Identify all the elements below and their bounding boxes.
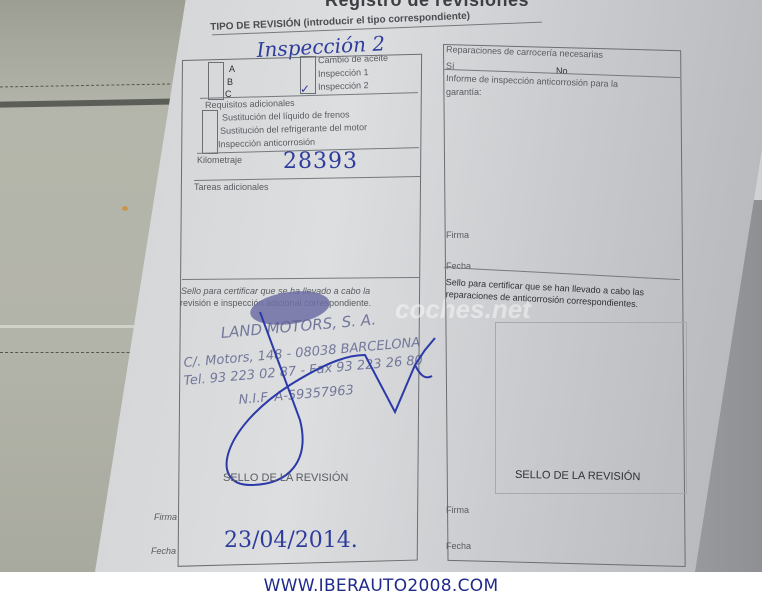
date-label-right: Fecha: [446, 261, 471, 271]
requirement-checkboxes[interactable]: [202, 110, 218, 154]
mileage-value: 28393: [283, 149, 358, 174]
seat-spot: [122, 206, 128, 211]
signature-label-right: Firma: [446, 230, 469, 240]
seat-stitching: [0, 84, 170, 88]
grade-checkboxes[interactable]: [208, 62, 224, 100]
grade-label-a: A: [229, 64, 235, 74]
photo-scene: Ctra. de ... 4 500 Sant Josep de sa Tala…: [0, 0, 762, 572]
footer-banner: WWW.IBERAUTO2008.COM: [0, 572, 762, 600]
footer-url-link[interactable]: WWW.IBERAUTO2008.COM: [264, 576, 499, 596]
stamp-caption-left: SELLO DE LA REVISIÓN: [223, 472, 348, 484]
additional-tasks-label: Tareas adicionales: [194, 182, 269, 192]
stamp-caption-right: SELLO DE LA REVISIÓN: [515, 469, 641, 483]
service-option-inspection-1: Inspección 1: [318, 67, 369, 79]
body-repairs-no: No: [556, 66, 568, 76]
signature-label-right-2: Firma: [446, 505, 469, 515]
handwritten-signature: [200, 300, 450, 500]
grade-label-b: B: [227, 77, 233, 87]
date-label-left: Fecha: [151, 546, 176, 556]
check-mark: ✓: [300, 82, 310, 96]
signature-label-left: Firma: [154, 512, 177, 522]
corrosion-report-label: garantía:: [446, 87, 482, 97]
date-label-right-2: Fecha: [446, 541, 471, 551]
seat-seam: [0, 98, 180, 107]
mileage-label: Kilometraje: [197, 155, 242, 165]
service-date-value: 23/04/2014.: [224, 528, 358, 553]
page-title: Registro de revisiones: [325, 0, 529, 11]
service-option-inspection-2: Inspección 2: [318, 80, 369, 92]
